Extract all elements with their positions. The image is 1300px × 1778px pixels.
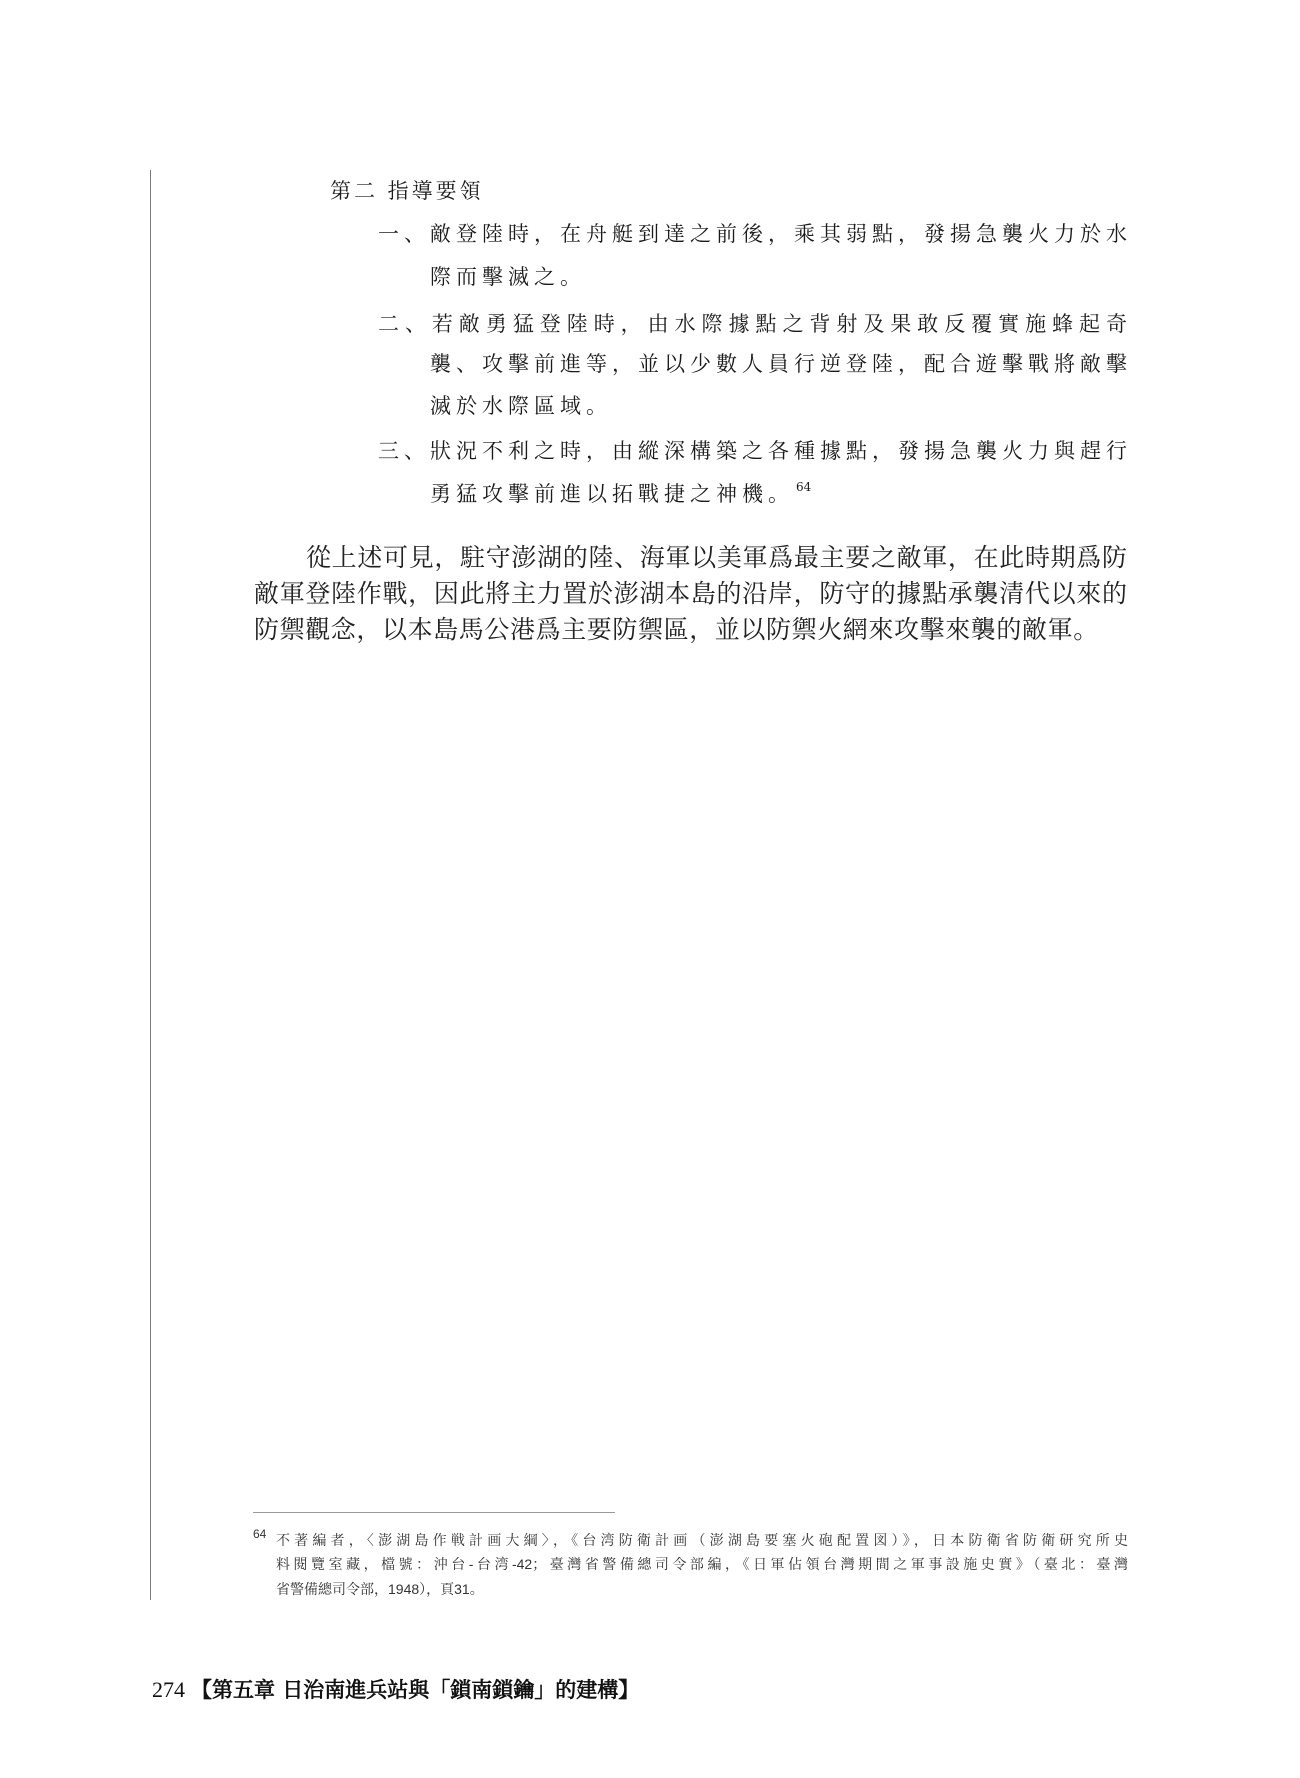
list-item-line: 一、敵登陸時，在舟艇到達之前後，乘其弱點，發揚急襲火力於水 [378, 224, 1127, 245]
footnote-separator [253, 1512, 615, 1513]
paragraph-line: 防禦觀念，以本島馬公港爲主要防禦區，並以防禦火網來攻擊來襲的敵軍。 [254, 617, 1099, 642]
footnote-line: 不著編者，〈澎湖島作戦計画大綱〉，《台湾防衛計画（澎湖島要塞火砲配置図）》，日本… [276, 1533, 1128, 1547]
book-page: 第二 指導要領 一、敵登陸時，在舟艇到達之前後，乘其弱點，發揚急襲火力於水 際而… [0, 0, 1300, 1778]
paragraph-line: 敵軍登陸作戰，因此將主力置於澎湖本島的沿岸，防守的據點承襲清代以來的 [254, 581, 1127, 606]
paragraph-line: 從上述可見，駐守澎湖的陸、海軍以美軍爲最主要之敵軍，在此時期爲防 [306, 545, 1127, 570]
list-item-line: 襲、攻擊前進等，並以少數人員行逆登陸，配合遊擊戰將敵擊 [430, 354, 1127, 375]
list-item-text: 勇猛攻擊前進以拓戰捷之神機。 [430, 482, 794, 506]
list-item-line: 勇猛攻擊前進以拓戰捷之神機。64 [430, 481, 811, 505]
list-item-line: 滅於水際區域。 [430, 396, 612, 417]
page-number: 274 [152, 1677, 185, 1702]
list-item-line: 二、若敵勇猛登陸時，由水際據點之背射及果敢反覆實施蜂起奇 [378, 314, 1127, 335]
margin-rule-divider [150, 170, 151, 1600]
footnote-reference[interactable]: 64 [796, 480, 811, 494]
footnote-line: 省警備總司令部，1948），頁31。 [276, 1582, 484, 1596]
list-item-line: 際而擊滅之。 [430, 267, 586, 288]
footnote-line: 料閱覽室藏，檔號：沖台-台湾-42；臺灣省警備總司令部編，《日軍佔領台灣期間之軍… [276, 1557, 1128, 1571]
page-footer: 274【第五章 日治南進兵站與「鎖南鎖鑰」的建構】 [152, 1674, 639, 1704]
section-heading: 第二 指導要領 [330, 181, 484, 202]
running-title: 【第五章 日治南進兵站與「鎖南鎖鑰」的建構】 [191, 1677, 639, 1702]
footnote-number: 64 [253, 1527, 266, 1541]
list-item-line: 三、狀況不利之時，由縱深構築之各種據點，發揚急襲火力與趕行 [378, 441, 1127, 462]
